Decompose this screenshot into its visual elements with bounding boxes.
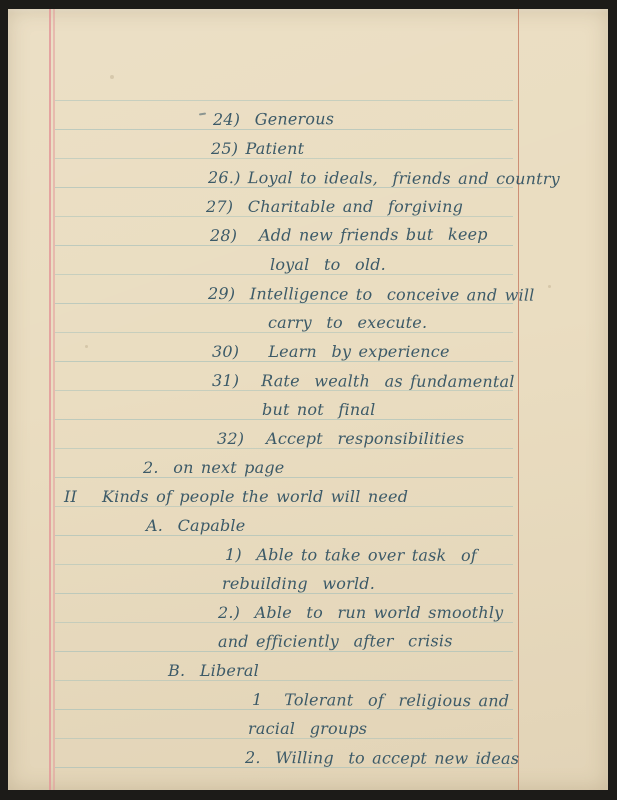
handwriting-line: racial groups <box>248 718 367 740</box>
handwriting-line: A. Capable <box>146 515 245 537</box>
handwriting-line: 1 Tolerant of religious and <box>252 689 509 712</box>
handwriting-line: 29) Intelligence to conceive and will <box>208 283 535 307</box>
handwriting-line: 31) Rate wealth as fundamental <box>212 370 515 393</box>
ruled-line <box>55 535 513 536</box>
scan-backdrop: 24) Generous25) Patient26.) Loyal to ide… <box>0 0 617 800</box>
handwriting-line: 28) Add new friends but keep <box>210 224 488 247</box>
paper-speck <box>548 285 551 288</box>
handwriting-line: but not final <box>262 399 375 421</box>
notebook-page: 24) Generous25) Patient26.) Loyal to ide… <box>8 9 608 790</box>
handwriting-line: loyal to old. <box>270 254 386 276</box>
ruled-line <box>55 680 513 681</box>
handwriting-line: 2. on next page <box>143 457 284 479</box>
handwriting-line: B. Liberal <box>168 660 259 682</box>
handwriting-line: rebuilding world. <box>222 573 375 595</box>
handwriting-line: Kinds of people the world will need <box>102 486 408 508</box>
pen-mark <box>199 113 206 116</box>
handwriting-line: 25) Patient <box>211 138 304 160</box>
handwriting-line: 24) Generous <box>213 108 334 131</box>
paper-speck <box>110 75 114 79</box>
left-margin-line <box>49 9 51 790</box>
handwriting-line: 1) Able to take over task of <box>225 544 477 567</box>
handwriting-line: and efficiently after crisis <box>218 630 453 653</box>
paper-speck <box>85 345 88 348</box>
left-margin-line-inner <box>53 9 55 790</box>
right-margin-line <box>518 9 519 790</box>
handwriting-line: II <box>64 486 77 508</box>
handwriting-line: carry to execute. <box>268 312 427 334</box>
handwriting-line: 32) Accept responsibilities <box>217 428 464 450</box>
ruled-line <box>55 100 513 101</box>
handwriting-line: 26.) Loyal to ideals, friends and countr… <box>208 167 560 190</box>
handwriting-line: 30) Learn by experience <box>212 341 450 363</box>
handwriting-line: 2.) Able to run world smoothly <box>218 602 503 624</box>
handwriting-line: 2. Willing to accept new ideas <box>245 747 519 770</box>
handwriting-line: 27) Charitable and forgiving <box>206 196 463 218</box>
